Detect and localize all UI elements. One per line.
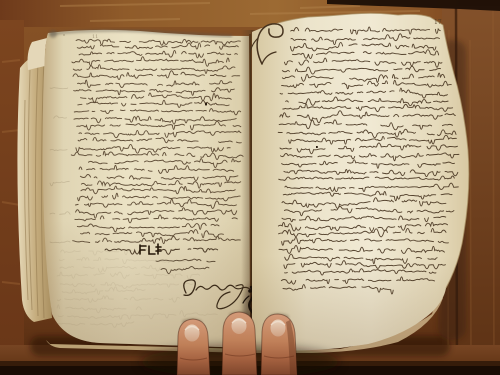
right-page-bottom-shading [252, 13, 469, 350]
finger-ring [261, 314, 297, 375]
faint-speck [63, 34, 65, 36]
thread-knot [248, 289, 252, 293]
photo: 11 17 [0, 0, 500, 375]
ink-fleck [205, 103, 207, 105]
finger-index [177, 319, 210, 375]
right-page: 17 [250, 13, 469, 350]
page-number-right: 17 [434, 19, 442, 26]
page-number-left: 11 [92, 34, 98, 40]
book: 11 17 [17, 13, 468, 353]
left-page-corner-smudge [49, 30, 57, 38]
finger-middle [222, 312, 257, 375]
ink-fleck-right [316, 146, 318, 148]
finger-middle-nail [232, 318, 247, 334]
left-page: 11 [43, 30, 251, 348]
